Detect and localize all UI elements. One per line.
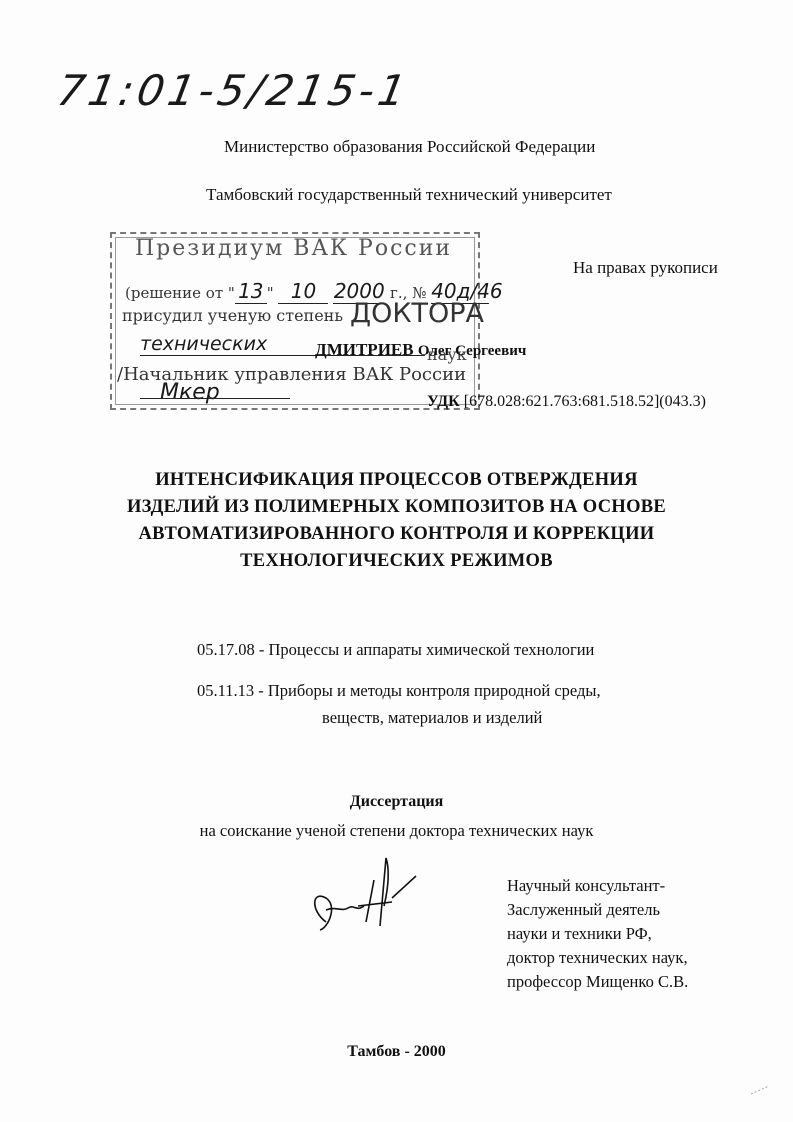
- consultant-line: Заслуженный деятель: [507, 898, 688, 922]
- title-line: ИЗДЕЛИЙ ИЗ ПОЛИМЕРНЫХ КОМПОЗИТОВ НА ОСНО…: [0, 494, 793, 521]
- specialty-2: 05.11.13 - Приборы и методы контроля при…: [197, 681, 601, 701]
- specialty-sep: -: [254, 681, 268, 700]
- decision-month: 10: [278, 279, 328, 304]
- stamp-degree: ДОКТОРА: [350, 298, 484, 329]
- specialty-name: Процессы и аппараты химической технологи…: [269, 640, 595, 659]
- manuscript-rights: На правах рукописи: [573, 258, 718, 278]
- specialty-code: 05.11.13: [197, 681, 254, 700]
- archive-number: 71:01-5/215-1: [54, 66, 414, 115]
- stamp-signature-line: [140, 398, 290, 399]
- dissertation-title: ИНТЕНСИФИКАЦИЯ ПРОЦЕССОВ ОТВЕРЖДЕНИЯ ИЗД…: [0, 467, 793, 575]
- udk-value: [678.028:621.763:681.518.52](043.3): [464, 393, 706, 410]
- author-signature: [308, 850, 418, 940]
- stamp-title: Президиум ВАК России: [135, 236, 452, 261]
- decision-mid: ": [267, 284, 274, 302]
- specialty-2-continuation: веществ, материалов и изделий: [322, 708, 542, 728]
- city-year: Тамбов - 2000: [0, 1043, 793, 1061]
- title-line: АВТОМАТИЗИРОВАННОГО КОНТРОЛЯ И КОРРЕКЦИИ: [0, 521, 793, 548]
- specialty-sep: -: [255, 640, 269, 659]
- author-given: Олег Сергеевич: [418, 343, 526, 359]
- dissertation-label: Диссертация: [0, 793, 793, 811]
- stamp-field-handwritten: технических: [140, 333, 280, 356]
- scientific-consultant: Научный консультант- Заслуженный деятель…: [507, 874, 688, 994]
- university-name: Тамбовский государственный технический у…: [206, 185, 612, 205]
- stamp-awarded: присудил ученую степень: [122, 306, 343, 325]
- decision-day: 13: [235, 279, 267, 304]
- scan-mark: [750, 1085, 770, 1095]
- title-line: ИНТЕНСИФИКАЦИЯ ПРОЦЕССОВ ОТВЕРЖДЕНИЯ: [0, 467, 793, 494]
- title-line: ТЕХНОЛОГИЧЕСКИХ РЕЖИМОВ: [0, 548, 793, 575]
- author-surname: ДМИТРИЕВ: [315, 340, 414, 359]
- udk-label: УДК: [427, 393, 460, 410]
- udk: УДК [678.028:621.763:681.518.52](043.3): [427, 393, 706, 411]
- consultant-line: Научный консультант-: [507, 874, 688, 898]
- specialty-name: Приборы и методы контроля природной сред…: [268, 681, 601, 700]
- dissertation-degree: на соискание ученой степени доктора техн…: [0, 821, 793, 841]
- author-name: ДМИТРИЕВ Олег Сергеевич: [315, 340, 526, 360]
- specialty-1: 05.17.08 - Процессы и аппараты химическо…: [197, 640, 594, 660]
- consultant-line: доктор технических наук,: [507, 946, 688, 970]
- specialty-code: 05.17.08: [197, 640, 255, 659]
- decision-prefix: (решение от ": [125, 284, 235, 302]
- consultant-line: профессор Мищенко С.В.: [507, 970, 688, 994]
- consultant-line: науки и техники РФ,: [507, 922, 688, 946]
- ministry-name: Министерство образования Российской Феде…: [224, 137, 595, 157]
- stamp-chief-signature: Мкер: [160, 380, 220, 405]
